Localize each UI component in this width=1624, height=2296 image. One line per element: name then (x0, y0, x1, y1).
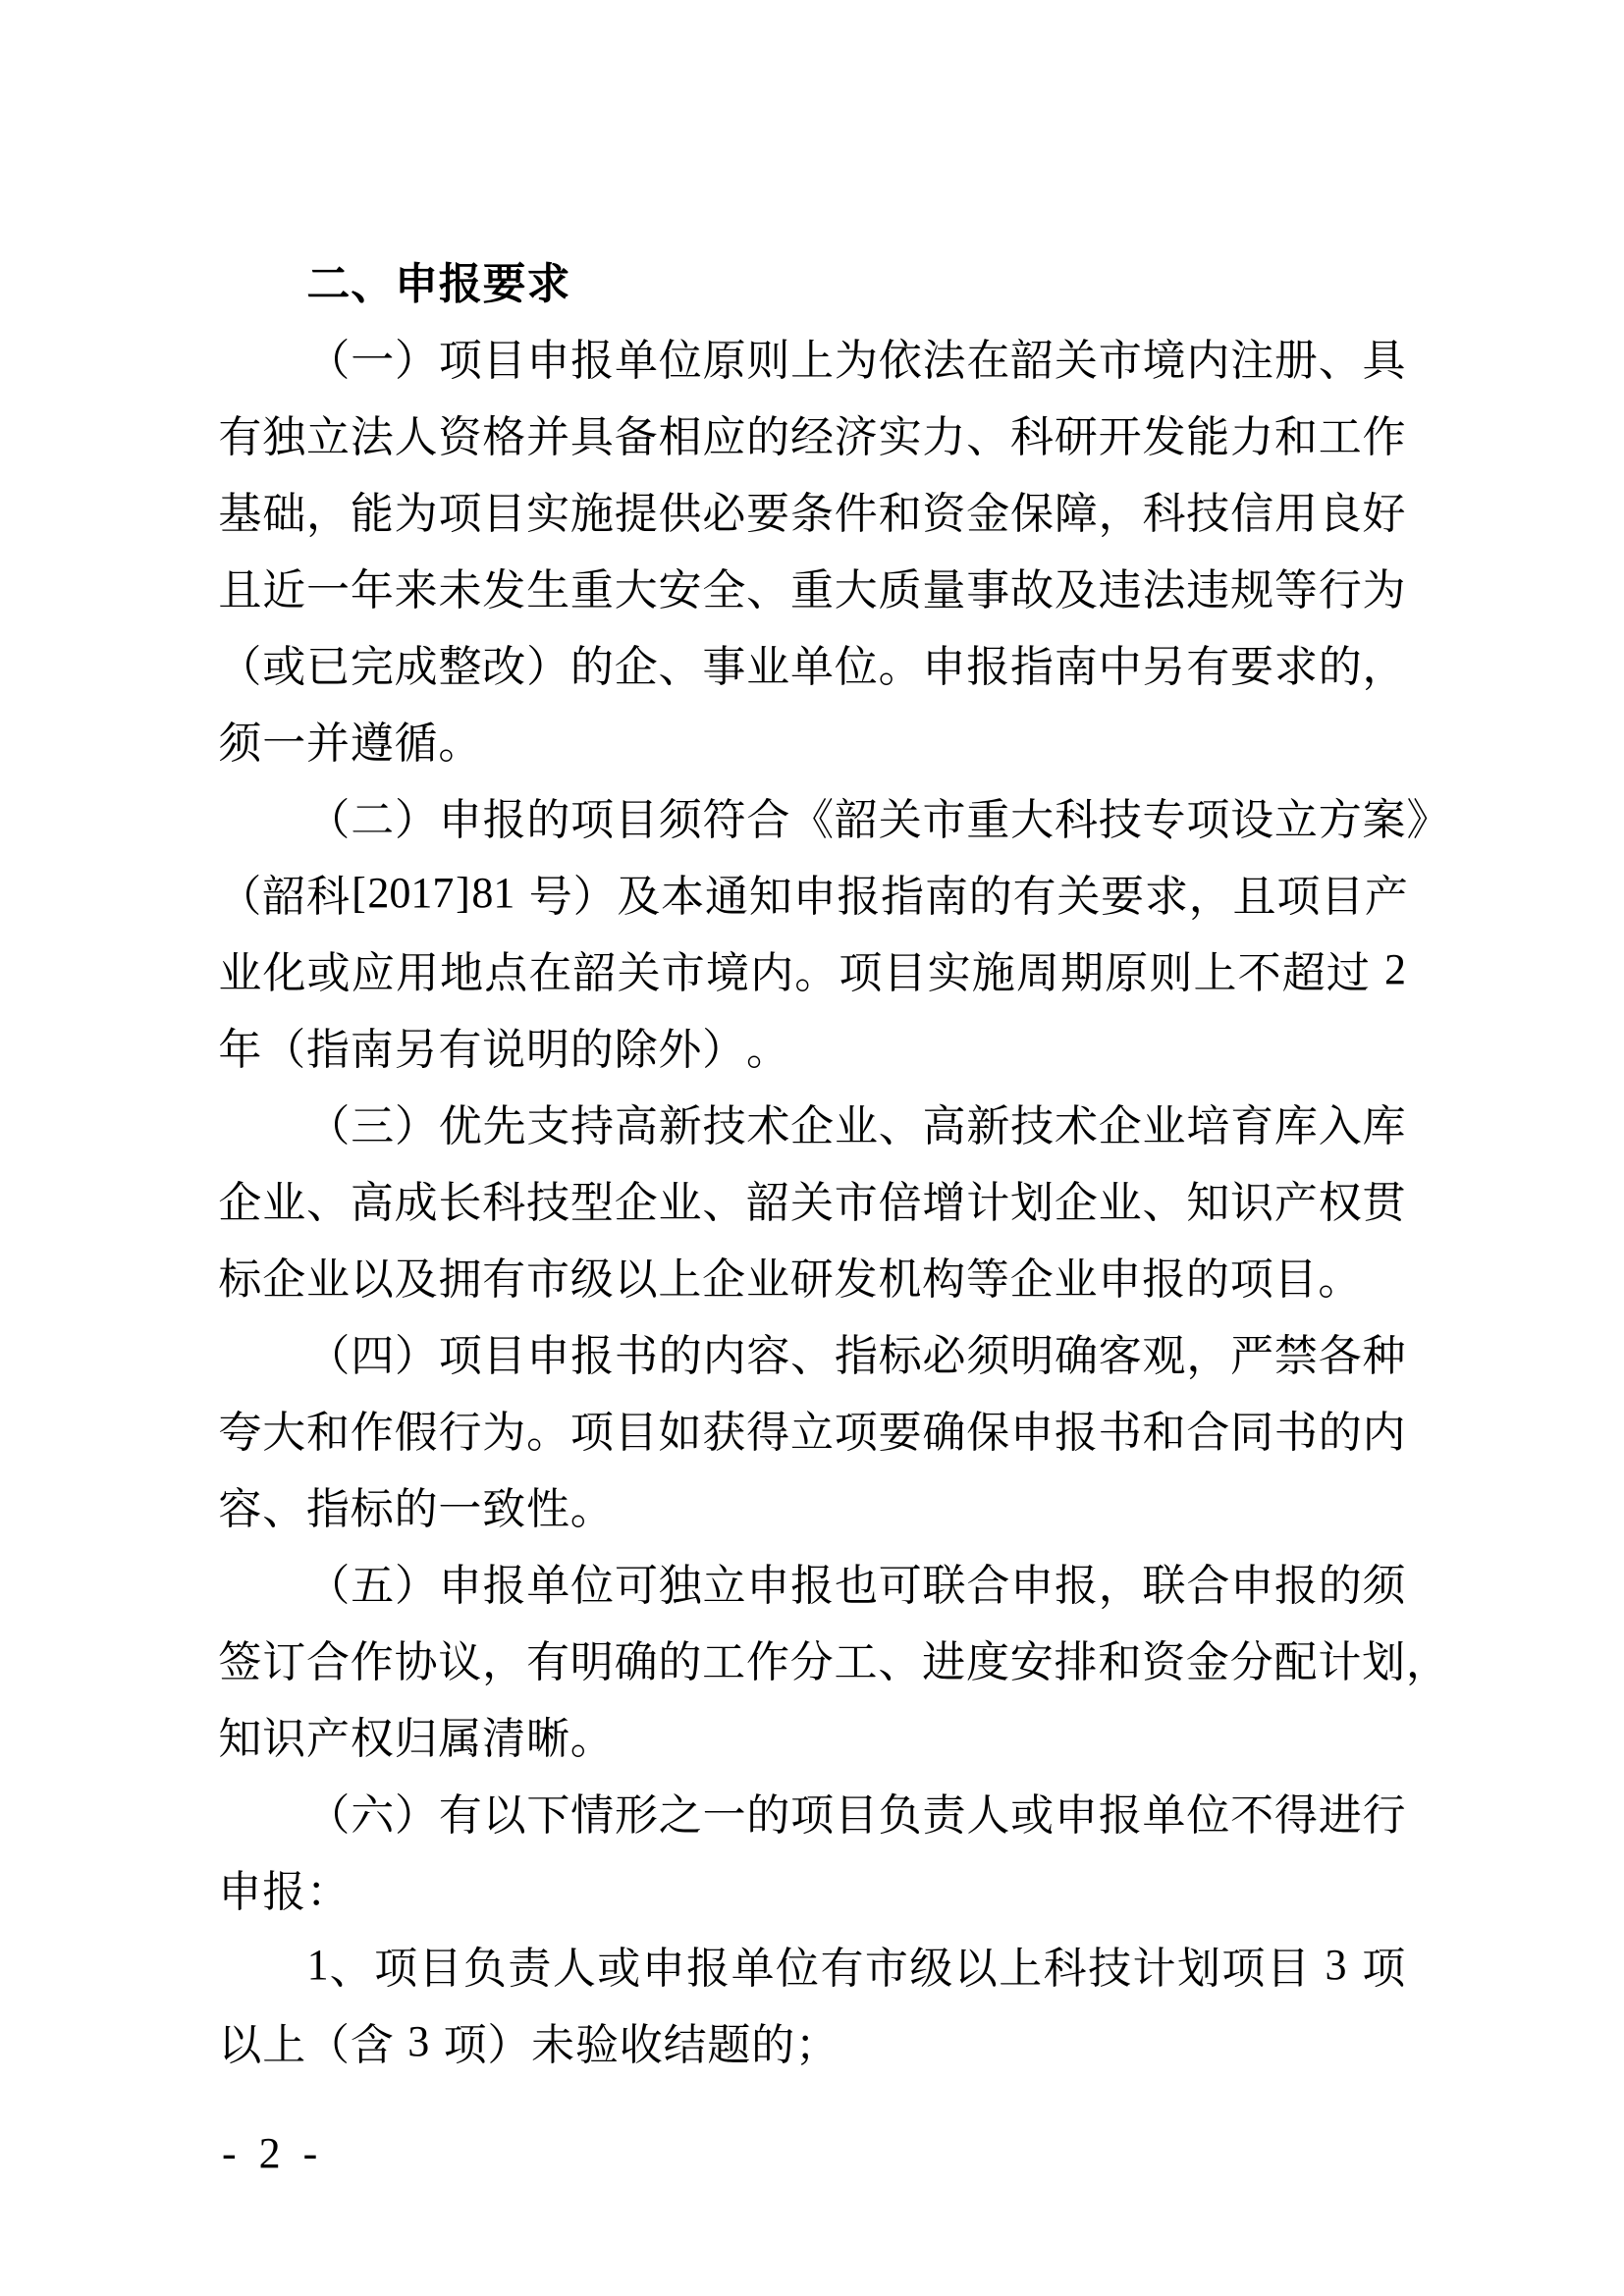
text-line: 申报： (218, 1849, 1406, 1926)
text-line: 标企业以及拥有市级以上企业研发机构等企业申报的项目。 (218, 1237, 1406, 1313)
text-line: （三）优先支持高新技术企业、高新技术企业培育库入库 (218, 1084, 1406, 1160)
text-line: （韶科[2017]81 号）及本通知申报指南的有关要求，且项目产 (218, 854, 1406, 931)
text-line: 须一并遵循。 (218, 701, 1406, 777)
text-line: 1、项目负责人或申报单位有市级以上科技计划项目 3 项 (218, 1926, 1406, 2002)
text-line: 基础，能为项目实施提供必要条件和资金保障，科技信用良好 (218, 471, 1406, 548)
text-line: 夸大和作假行为。项目如获得立项要确保申报书和合同书的内 (218, 1390, 1406, 1467)
text-line: （五）申报单位可独立申报也可联合申报，联合申报的须 (218, 1543, 1406, 1620)
text-line: 有独立法人资格并具备相应的经济实力、科研开发能力和工作 (218, 395, 1406, 471)
page-number: - 2 - (222, 2128, 323, 2178)
text-line: 知识产权归属清晰。 (218, 1696, 1406, 1773)
text-line: （二）申报的项目须符合《韶关市重大科技专项设立方案》 (218, 777, 1406, 854)
text-line: 企业、高成长科技型企业、韶关市倍增计划企业、知识产权贯 (218, 1160, 1406, 1237)
text-line: 业化或应用地点在韶关市境内。项目实施周期原则上不超过 2 (218, 931, 1406, 1007)
text-line: 且近一年来未发生重大安全、重大质量事故及违法违规等行为 (218, 548, 1406, 624)
text-line: （四）项目申报书的内容、指标必须明确客观，严禁各种 (218, 1313, 1406, 1390)
text-line: （一）项目申报单位原则上为依法在韶关市境内注册、具 (218, 318, 1406, 395)
text-line: 二、申报要求 (218, 241, 1406, 318)
text-line: 以上（含 3 项）未验收结题的； (218, 2002, 1406, 2079)
page: 二、申报要求 （一）项目申报单位原则上为依法在韶关市境内注册、具 有独立法人资格… (0, 0, 1624, 2296)
document-text: 二、申报要求 （一）项目申报单位原则上为依法在韶关市境内注册、具 有独立法人资格… (218, 241, 1406, 2079)
text-line: （六）有以下情形之一的项目负责人或申报单位不得进行 (218, 1773, 1406, 1849)
text-line: 容、指标的一致性。 (218, 1467, 1406, 1543)
text-line: 签订合作协议，有明确的工作分工、进度安排和资金分配计划， (218, 1620, 1406, 1696)
text-line: 年（指南另有说明的除外）。 (218, 1007, 1406, 1084)
text-line: （或已完成整改）的企、事业单位。申报指南中另有要求的， (218, 624, 1406, 701)
